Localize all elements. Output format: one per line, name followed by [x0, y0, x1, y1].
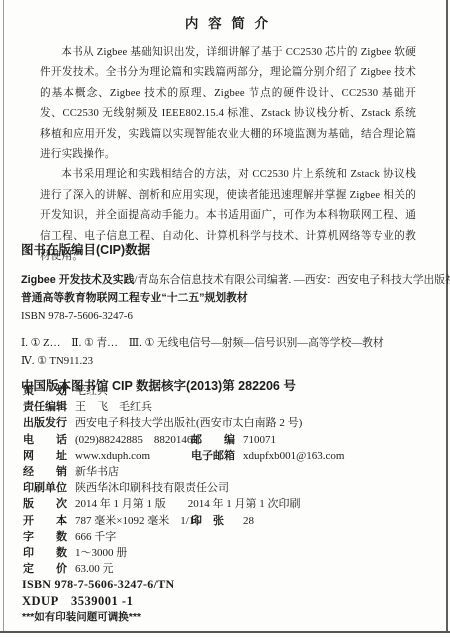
pub-row-edition: 版 次2014 年 1 月第 1 版 2014 年 1 月第 1 次印刷 — [23, 496, 442, 512]
pub-row-distributor: 经 销新华书店 — [23, 464, 442, 480]
book-title: Zigbee 开发技术及实践 — [21, 274, 134, 286]
scan-edge-bottom — [0, 631, 450, 633]
field-label: 印 张 — [191, 513, 235, 529]
field-value: 王 飞 毛红兵 — [75, 401, 152, 413]
summary-paragraph-1: 本书从 Zigbee 基础知识出发，详细讲解了基于 CC2530 芯片的 Zig… — [40, 43, 416, 165]
pub-row-printrun: 印 数1～3000 册 — [23, 545, 442, 561]
field-value: 787 毫米×1092 毫米 1/16 — [75, 515, 200, 527]
field-label: 电 话 — [23, 432, 69, 448]
second-column: 电子邮箱xdupfxb001@163.com — [191, 448, 344, 464]
cip-header: 图书在版编目(CIP)数据 — [21, 240, 443, 258]
field-value: 陕西华沐印刷科技有限责任公司 — [75, 482, 229, 494]
reprint-note: ***如有印装问题可调换*** — [22, 609, 427, 626]
publishing-info-section: 策 划毛红兵 责任编辑王 飞 毛红兵 出版发行西安电子科技大学出版社(西安市太白… — [23, 383, 442, 577]
field-value: 新华书店 — [75, 466, 119, 478]
series-note: 普通高等教育物联网工程专业“十二五”规划教材 — [21, 289, 443, 307]
field-label: 定 价 — [23, 561, 69, 577]
content-summary-section: 内 容 简 介 本书从 Zigbee 基础知识出发，详细讲解了基于 CC2530… — [40, 12, 416, 267]
classification-line-2: Ⅳ. ① TN911.23 — [21, 352, 443, 370]
field-value: 710071 — [243, 434, 276, 446]
bottom-codes-section: ISBN 978-7-5606-3247-6/TN XDUP 3539001 -… — [22, 576, 427, 626]
field-value: 西安电子科技大学出版社(西安市太白南路 2 号) — [75, 417, 302, 429]
field-value: 666 千字 — [75, 531, 116, 543]
field-label: 印刷单位 — [23, 480, 69, 496]
field-value: 1～3000 册 — [75, 547, 127, 559]
field-label: 邮 编 — [191, 432, 235, 448]
pub-row-format: 开 本787 毫米×1092 毫米 1/16 印 张28 — [23, 513, 442, 529]
field-label: 字 数 — [23, 529, 69, 545]
scan-edge-left — [3, 0, 4, 632]
field-label: 出版发行 — [23, 415, 69, 431]
field-label: 经 销 — [23, 464, 69, 480]
field-label: 网 址 — [23, 448, 69, 464]
field-value: 2014 年 1 月第 1 版 2014 年 1 月第 1 次印刷 — [75, 498, 301, 510]
field-value: xdupfxb001@163.com — [243, 450, 344, 462]
field-label: 开 本 — [23, 513, 69, 529]
field-label: 电子邮箱 — [191, 448, 235, 464]
summary-title: 内 容 简 介 — [40, 12, 416, 32]
field-value: 28 — [243, 515, 254, 527]
pub-row-price: 定 价63.00 元 — [23, 561, 442, 577]
second-column: 邮 编710071 — [191, 432, 276, 448]
isbn-line: ISBN 978-7-5606-3247-6 — [21, 307, 443, 325]
pub-row-planner: 策 划毛红兵 — [23, 383, 442, 399]
pub-row-wordcount: 字 数666 千字 — [23, 529, 442, 545]
field-label: 责任编辑 — [23, 399, 69, 415]
pub-row-publisher: 出版发行西安电子科技大学出版社(西安市太白南路 2 号) — [23, 415, 442, 431]
cip-data-section: 图书在版编目(CIP)数据 Zigbee 开发技术及实践/青岛东合信息技术有限公… — [21, 240, 443, 395]
isbn-tn-code: ISBN 978-7-5606-3247-6/TN — [22, 576, 427, 593]
pub-row-editor: 责任编辑王 飞 毛红兵 — [23, 399, 442, 415]
scan-edge-right — [446, 0, 448, 632]
field-value: 63.00 元 — [75, 563, 114, 575]
pub-row-website: 网 址www.xduph.com 电子邮箱xdupfxb001@163.com — [23, 448, 442, 464]
cip-entry-rest: /青岛东合信息技术有限公司编著. —西安：西安电子科技大学出版社，2014.1 — [134, 274, 450, 286]
field-label: 版 次 — [23, 496, 69, 512]
field-value: www.xduph.com — [75, 450, 150, 462]
book-copyright-page: 内 容 简 介 本书从 Zigbee 基础知识出发，详细讲解了基于 CC2530… — [0, 0, 450, 637]
second-column: 印 张28 — [191, 513, 254, 529]
field-label: 印 数 — [23, 545, 69, 561]
cip-entry-line: Zigbee 开发技术及实践/青岛东合信息技术有限公司编著. —西安：西安电子科… — [21, 271, 443, 289]
field-value: 毛红兵 — [75, 385, 108, 397]
pub-row-printer: 印刷单位陕西华沐印刷科技有限责任公司 — [23, 480, 442, 496]
xdup-code: XDUP 3539001 -1 — [22, 593, 427, 610]
classification-line-1: Ⅰ. ① Z… Ⅱ. ① 青… Ⅲ. ① 无线电信号—射频—信号识别—高等学校—… — [21, 334, 443, 352]
field-label: 策 划 — [23, 383, 69, 399]
pub-row-phone: 电 话(029)88242885 88201467 邮 编710071 — [23, 432, 442, 448]
field-value: (029)88242885 88201467 — [75, 434, 198, 446]
